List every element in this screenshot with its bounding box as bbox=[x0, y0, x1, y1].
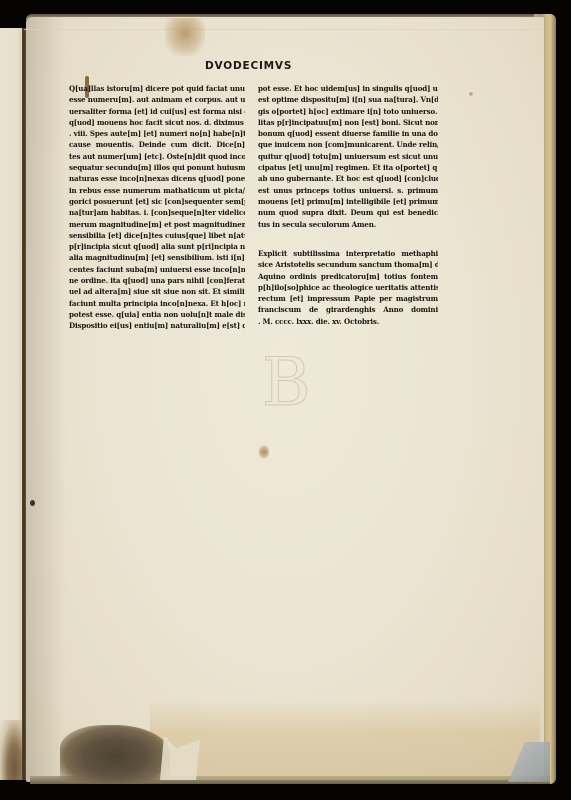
text-line: faciunt multa principia inco[n]nexa. Et … bbox=[69, 298, 245, 309]
text-line: centes faciunt suba[m] uniuersi esse inc… bbox=[69, 264, 245, 275]
scanner-guide-line bbox=[24, 29, 544, 30]
text-line: gis o[portet] h[oc] extimare i[n] toto u… bbox=[258, 106, 438, 117]
text-line: q[uod] mouens hoc facit sicut nos. d. di… bbox=[69, 117, 245, 128]
text-line: ab uno gubernante. Et hoc est q[uod] [co… bbox=[258, 173, 438, 184]
colophon-line: sice Aristotelis secundum sanctum thoma[… bbox=[258, 259, 438, 270]
text-line: mouens [et] primu[m] intelligibile [et] … bbox=[258, 196, 438, 207]
facing-page-edge bbox=[0, 28, 24, 780]
ink-spot bbox=[30, 500, 35, 506]
text-column-left: Q[ua]llas istoru[m] dicere pot quid faci… bbox=[69, 83, 245, 332]
colophon-line: Aquino ordinis predicatoru[m] totius fon… bbox=[258, 271, 438, 282]
text-line: Dispositio ei[us] entiu[m] naturaliu[m] … bbox=[69, 320, 245, 331]
text-line: que inuicem non [com]municarent. Unde re… bbox=[258, 139, 438, 150]
text-line: p[r]incipia sicut q[uod] alia sunt p[ri]… bbox=[69, 241, 245, 252]
text-line: quitur q[uod] totu[m] uniuersum est sicu… bbox=[258, 151, 438, 162]
text-line: Q[ua]llas istoru[m] dicere pot quid faci… bbox=[69, 83, 245, 94]
gutter-fold bbox=[22, 28, 26, 780]
colophon-line: rectum [et] impressum Papie per magistru… bbox=[258, 293, 438, 304]
water-stain bbox=[0, 720, 24, 780]
colophon-line: Explicit subtilissima interpretatio meth… bbox=[258, 248, 438, 259]
text-line: alia magnitudinu[m] [et] sensibilium. is… bbox=[69, 252, 245, 263]
text-line: ne ordine. ita q[uod] una pars nihil [co… bbox=[69, 275, 245, 286]
text-line: sequatur secundu[m] illos qui ponunt hui… bbox=[69, 162, 245, 173]
text-line: bonum q[uod] essent diuerse familie in u… bbox=[258, 128, 438, 139]
text-line: uersaliter forma [et] id cui[us] est for… bbox=[69, 106, 245, 117]
colophon: Explicit subtilissima interpretatio meth… bbox=[258, 248, 438, 327]
colophon-line: franciscum de girardenghis Anno domini bbox=[258, 304, 438, 315]
text-line: potest esse. q[uia] entia non uolu[n]t m… bbox=[69, 309, 245, 320]
text-line: litas p[r]incipatuu[m] non [est] boni. S… bbox=[258, 117, 438, 128]
text-line: est unus princeps totius uniuersi. s. pr… bbox=[258, 185, 438, 196]
bottom-water-stain bbox=[150, 700, 540, 780]
text-line: tes aut numer[um] [etc]. Oste[n]dit quod… bbox=[69, 151, 245, 162]
text-line: in rebus esse numerum mathaticum ut pict… bbox=[69, 185, 245, 196]
text-column-right: pot esse. Et hoc uidem[us] in singulis q… bbox=[258, 83, 438, 230]
bottom-dark-stain bbox=[60, 725, 170, 783]
watermark-letter: B bbox=[262, 350, 311, 416]
text-line: esse numeru[m]. aut animam et corpus. au… bbox=[69, 94, 245, 105]
colophon-line: . M. cccc. lxxx. die. xv. Octobris. bbox=[258, 316, 438, 327]
text-line: pot esse. Et hoc uidem[us] in singulis q… bbox=[258, 83, 438, 94]
text-line: cipatus [et] unu[m] regimen. Et ita o[po… bbox=[258, 162, 438, 173]
running-head: DVODECIMVS bbox=[205, 60, 292, 72]
text-line: merum magnitudine[m] et post magnitudine… bbox=[69, 219, 245, 230]
text-line: tus in secula seculorum Amen. bbox=[258, 219, 438, 230]
top-stain bbox=[165, 18, 205, 56]
text-line: naturas esse inco[n]nexas dicens q[uod] … bbox=[69, 173, 245, 184]
foxing-spot bbox=[469, 92, 473, 96]
text-line: est optime dispositu[m] i[n] sua na[tura… bbox=[258, 94, 438, 105]
text-line: sensibilia [et] dice[n]tes cuius[que] li… bbox=[69, 230, 245, 241]
text-line: num quod supra dixit. Deum qui est bened… bbox=[258, 207, 438, 218]
colophon-line: p[h]ilo[so]phice ac theologice ueritatis… bbox=[258, 282, 438, 293]
text-line: . viii. Spes aute[m] [et] numeri no[n] h… bbox=[69, 128, 245, 139]
foxing-spot bbox=[259, 445, 269, 459]
text-line: gorici posuerunt [et] sic [con]sequenter… bbox=[69, 196, 245, 207]
text-line: uel ad altera[m] siue sit siue non sit. … bbox=[69, 286, 245, 297]
text-line: na[tur]am habitas. i. [con]seque[n]ter v… bbox=[69, 207, 245, 218]
text-line: cause mouentis. Deinde cum dicit. Dice[n… bbox=[69, 139, 245, 150]
